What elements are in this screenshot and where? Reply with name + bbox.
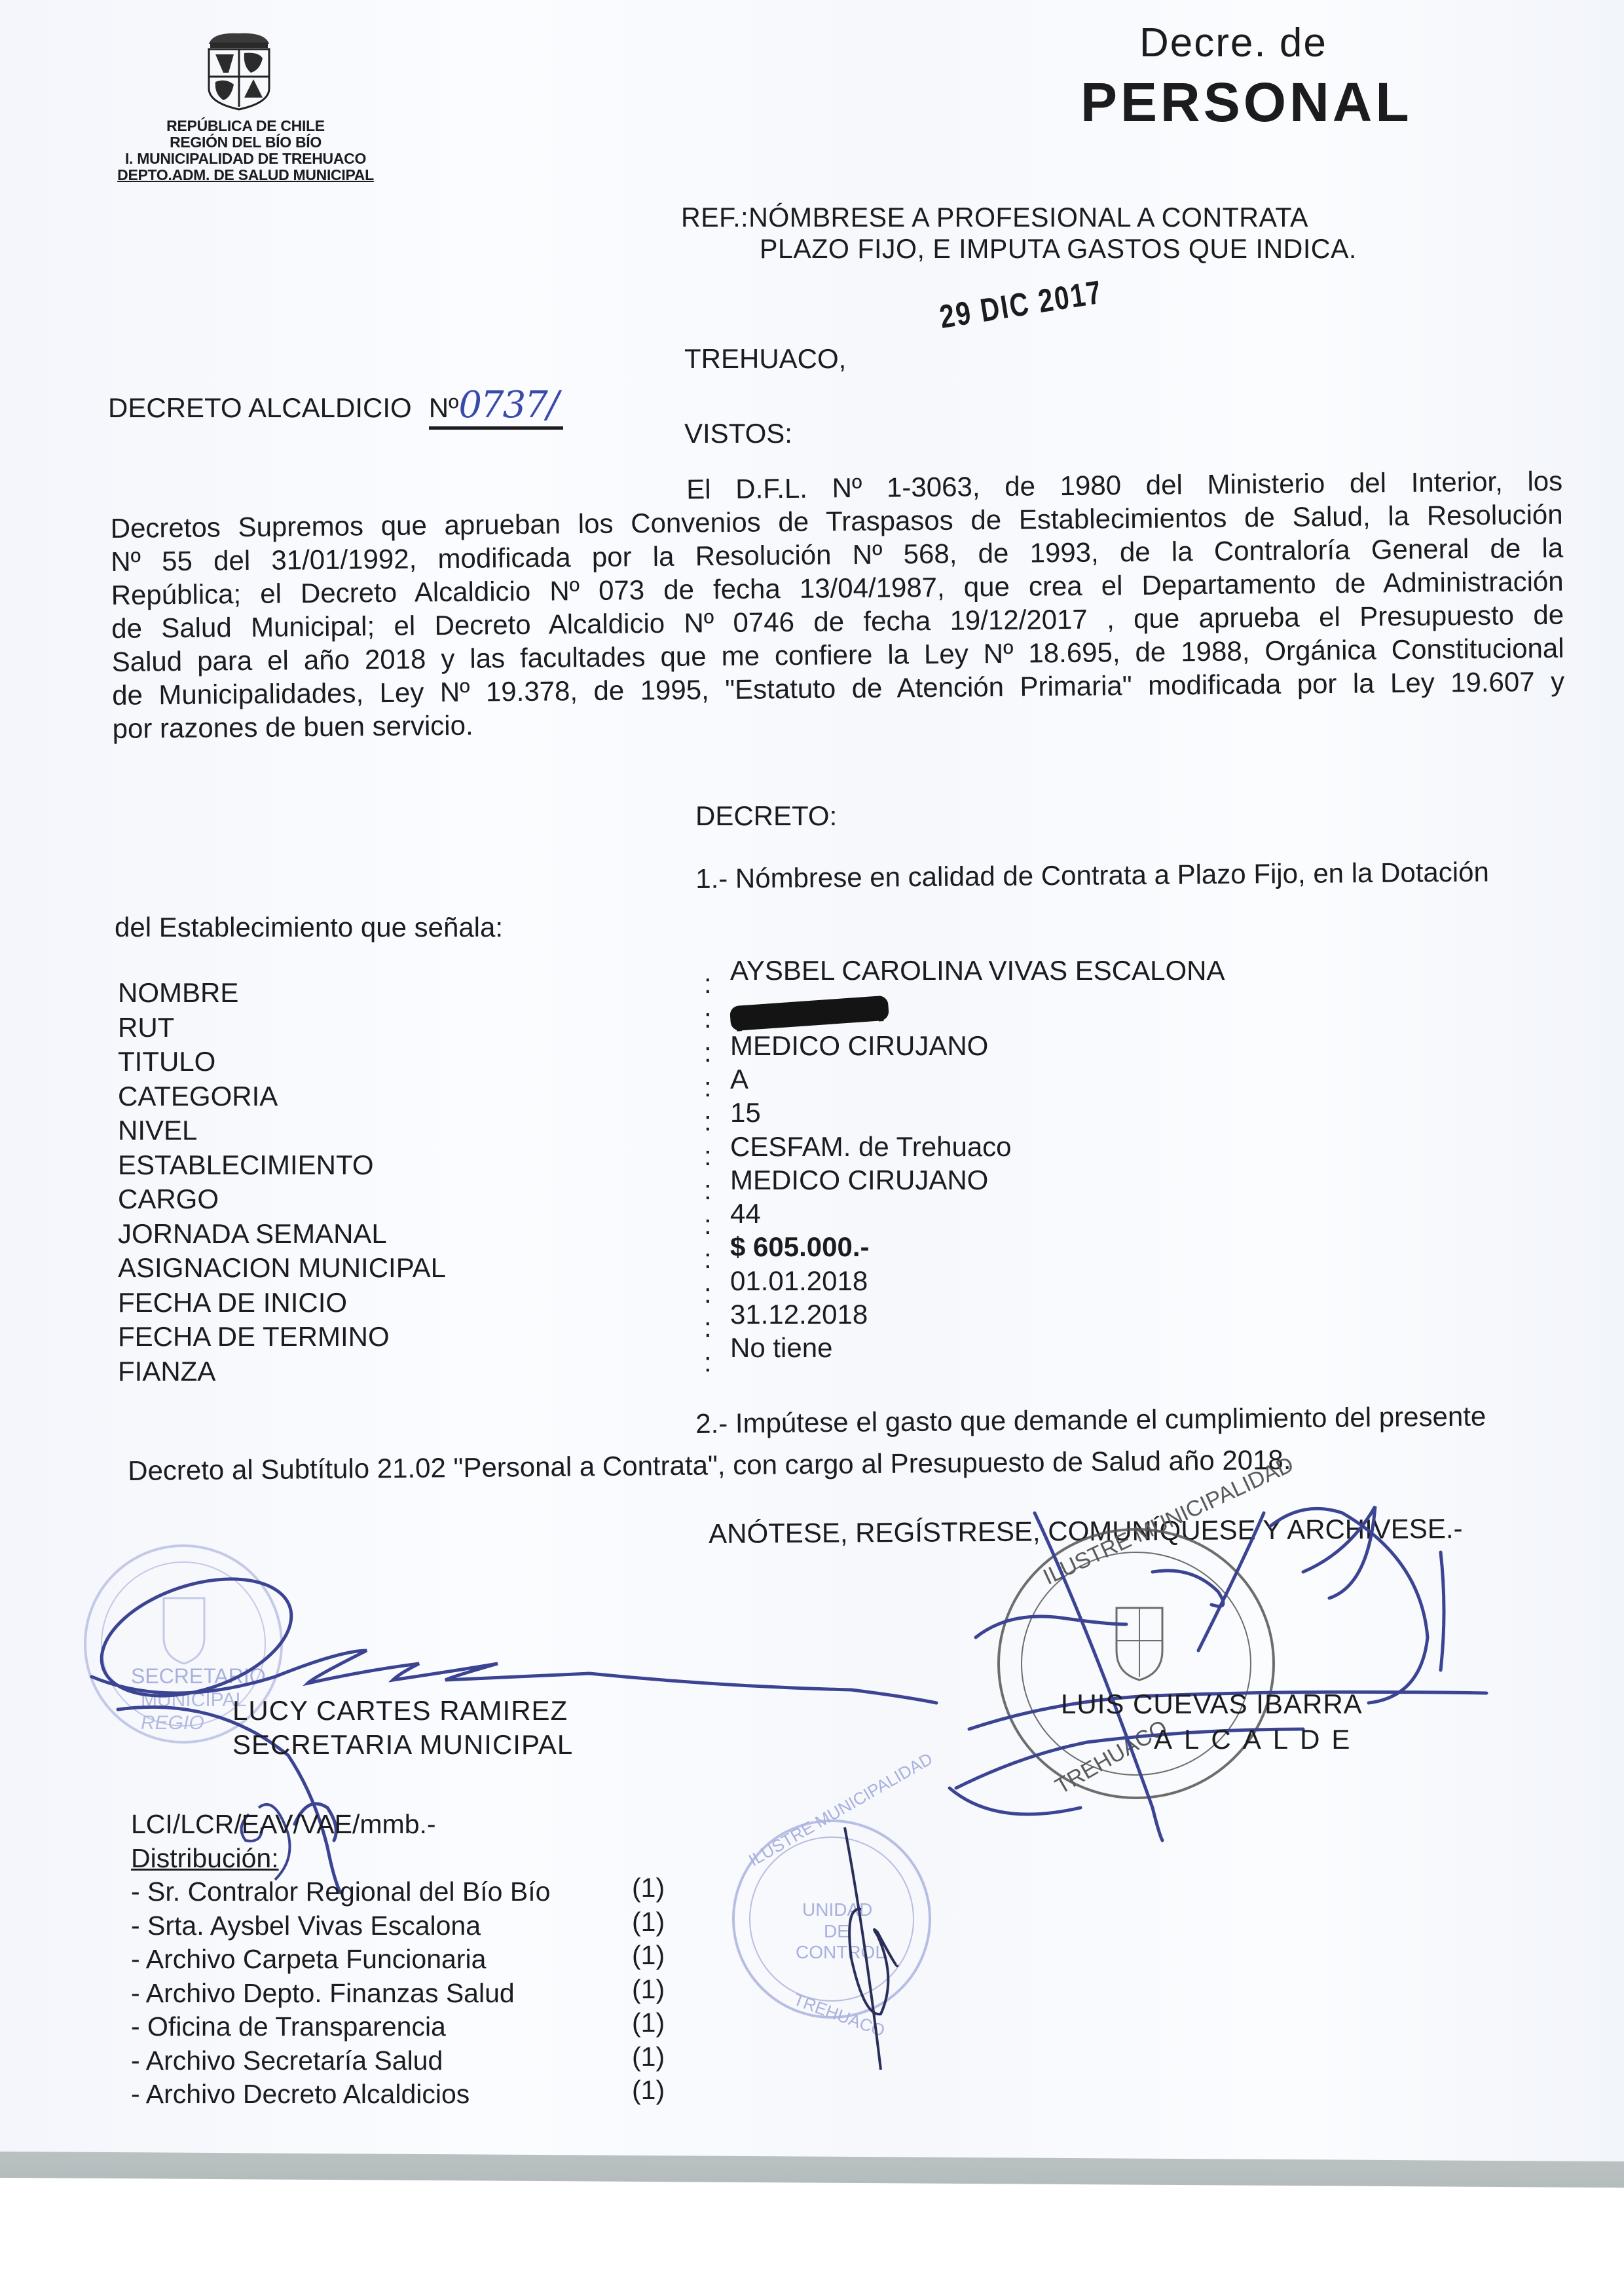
field-value-redacted: [REDACTED] [730, 996, 889, 1028]
mayor-name: LUIS CUEVAS IBARRA [1061, 1689, 1363, 1720]
letterhead-region: REGIÓN DEL BÍO BÍO [98, 134, 393, 151]
distribution-item: - Srta. Aysbel Vivas Escalona(1) [131, 1911, 550, 1945]
field-separator: : [704, 1209, 712, 1241]
field-label: FECHA DE TERMINO [118, 1321, 390, 1353]
handwritten-number: 0737/ [458, 384, 557, 426]
field-value: 44 [730, 1198, 761, 1229]
distribution-heading: Distribución: [131, 1843, 279, 1873]
distribution-copies: (1) [632, 1940, 665, 1971]
field-separator: : [704, 1106, 712, 1137]
field-label: ESTABLECIMIENTO [118, 1149, 374, 1181]
field-value: No tiene [730, 1332, 832, 1364]
field-label: CARGO [118, 1184, 219, 1215]
field-value: MEDICO CIRUJANO [730, 1165, 988, 1196]
secretary-title: SECRETARIA MUNICIPAL [232, 1729, 573, 1761]
distribution-recipient: - Archivo Depto. Finanzas Salud [131, 1978, 515, 2008]
field-value: 01.01.2018 [730, 1265, 868, 1297]
field-label: NOMBRE [118, 977, 238, 1009]
distribution-copies: (1) [632, 1974, 665, 2005]
decree-number-box: Nº0737/ [429, 384, 563, 430]
decree-number: DECRETO ALCALDICIONº0737/ [108, 384, 563, 430]
distribution-item: - Oficina de Transparencia(1) [131, 2011, 550, 2045]
place: TREHUACO, [684, 343, 846, 375]
distribution-block: LCI/LCR/EAV/VAE/mmb.- Distribución: - Sr… [131, 1809, 550, 2113]
mayor-title: ALCALDE [1154, 1724, 1361, 1755]
vistos-paragraph: El D.F.L. Nº 1-3063, de 1980 del Ministe… [110, 464, 1565, 745]
coat-of-arms-icon [200, 29, 278, 111]
field-separator: : [704, 1243, 712, 1275]
distribution-copies: (1) [632, 2075, 665, 2106]
field-label: FIANZA [118, 1356, 215, 1387]
letterhead-municipality: I. MUNICIPALIDAD DE TREHUACO [98, 151, 393, 167]
distribution-item: - Archivo Decreto Alcaldicios(1) [131, 2079, 550, 2113]
distribution-item: - Archivo Secretaría Salud(1) [131, 2045, 550, 2080]
number-sign: Nº [429, 392, 459, 423]
distribution-list: - Sr. Contralor Regional del Bío Bío(1)-… [131, 1876, 550, 2113]
field-separator: : [704, 1278, 712, 1309]
document-type-stamp-line1: Decre. de [1139, 20, 1327, 66]
field-value: AYSBEL CAROLINA VIVAS ESCALONA [730, 955, 1225, 986]
field-separator: : [704, 968, 712, 999]
reference-line-2: PLAZO FIJO, E IMPUTA GASTOS QUE INDICA. [760, 233, 1357, 265]
field-value: MEDICO CIRUJANO [730, 1030, 988, 1062]
decreto-heading: DECRETO: [695, 800, 837, 832]
field-separator: : [704, 1347, 712, 1378]
letterhead-country: REPÚBLICA DE CHILE [98, 118, 393, 134]
reference-line-1: REF.:NÓMBRESE A PROFESIONAL A CONTRATA [681, 202, 1308, 233]
field-separator: : [704, 1312, 712, 1343]
distribution-item: - Archivo Carpeta Funcionaria(1) [131, 1944, 550, 1978]
decreto-item-1-continued: del Establecimiento que señala: [115, 912, 503, 943]
initials: LCI/LCR/EAV/VAE/mmb.- [131, 1809, 550, 1843]
field-separator: : [704, 1072, 712, 1103]
field-separator: : [704, 1003, 712, 1034]
field-separator: : [704, 1174, 712, 1206]
field-value: $ 605.000.- [730, 1231, 870, 1263]
field-label: NIVEL [118, 1115, 197, 1146]
distribution-copies: (1) [632, 1907, 665, 1937]
secretary-name: LUCY CARTES RAMIREZ [232, 1695, 568, 1726]
distribution-copies: (1) [632, 1873, 665, 1903]
field-label: FECHA DE INICIO [118, 1287, 347, 1318]
field-value: CESFAM. de Trehuaco [730, 1131, 1012, 1163]
field-separator: : [704, 1037, 712, 1068]
field-label: RUT [118, 1012, 174, 1043]
distribution-recipient: - Archivo Secretaría Salud [131, 2045, 443, 2076]
field-separator: : [704, 1140, 712, 1172]
redaction-mark: [REDACTED] [729, 996, 889, 1032]
document-type-stamp-line2: PERSONAL [1080, 71, 1412, 134]
field-label: ASIGNACION MUNICIPAL [118, 1252, 446, 1284]
field-label: JORNADA SEMANAL [118, 1218, 387, 1250]
closing-formula: ANÓTESE, REGÍSTRESE, COMUNÍQUESE Y ARCHÍ… [709, 1513, 1463, 1550]
distribution-item: - Archivo Depto. Finanzas Salud(1) [131, 1978, 550, 2012]
distribution-recipient: - Archivo Carpeta Funcionaria [131, 1944, 486, 1974]
distribution-item: - Sr. Contralor Regional del Bío Bío(1) [131, 1876, 550, 1911]
field-value: A [730, 1064, 748, 1095]
distribution-copies: (1) [632, 2042, 665, 2072]
letterhead-department: DEPTO.ADM. DE SALUD MUNICIPAL [98, 167, 393, 183]
distribution-recipient: - Oficina de Transparencia [131, 2011, 446, 2042]
distribution-copies: (1) [632, 2007, 665, 2038]
field-value: 31.12.2018 [730, 1299, 868, 1330]
field-value: 15 [730, 1097, 761, 1129]
distribution-recipient: - Archivo Decreto Alcaldicios [131, 2079, 470, 2109]
distribution-recipient: - Srta. Aysbel Vivas Escalona [131, 1911, 481, 1941]
distribution-recipient: - Sr. Contralor Regional del Bío Bío [131, 1876, 550, 1907]
decree-label: DECRETO ALCALDICIO [108, 392, 412, 423]
field-label: TITULO [118, 1046, 215, 1077]
vistos-heading: VISTOS: [684, 418, 792, 449]
distribution-heading-row: Distribución: [131, 1843, 550, 1877]
field-label: CATEGORIA [118, 1081, 278, 1112]
